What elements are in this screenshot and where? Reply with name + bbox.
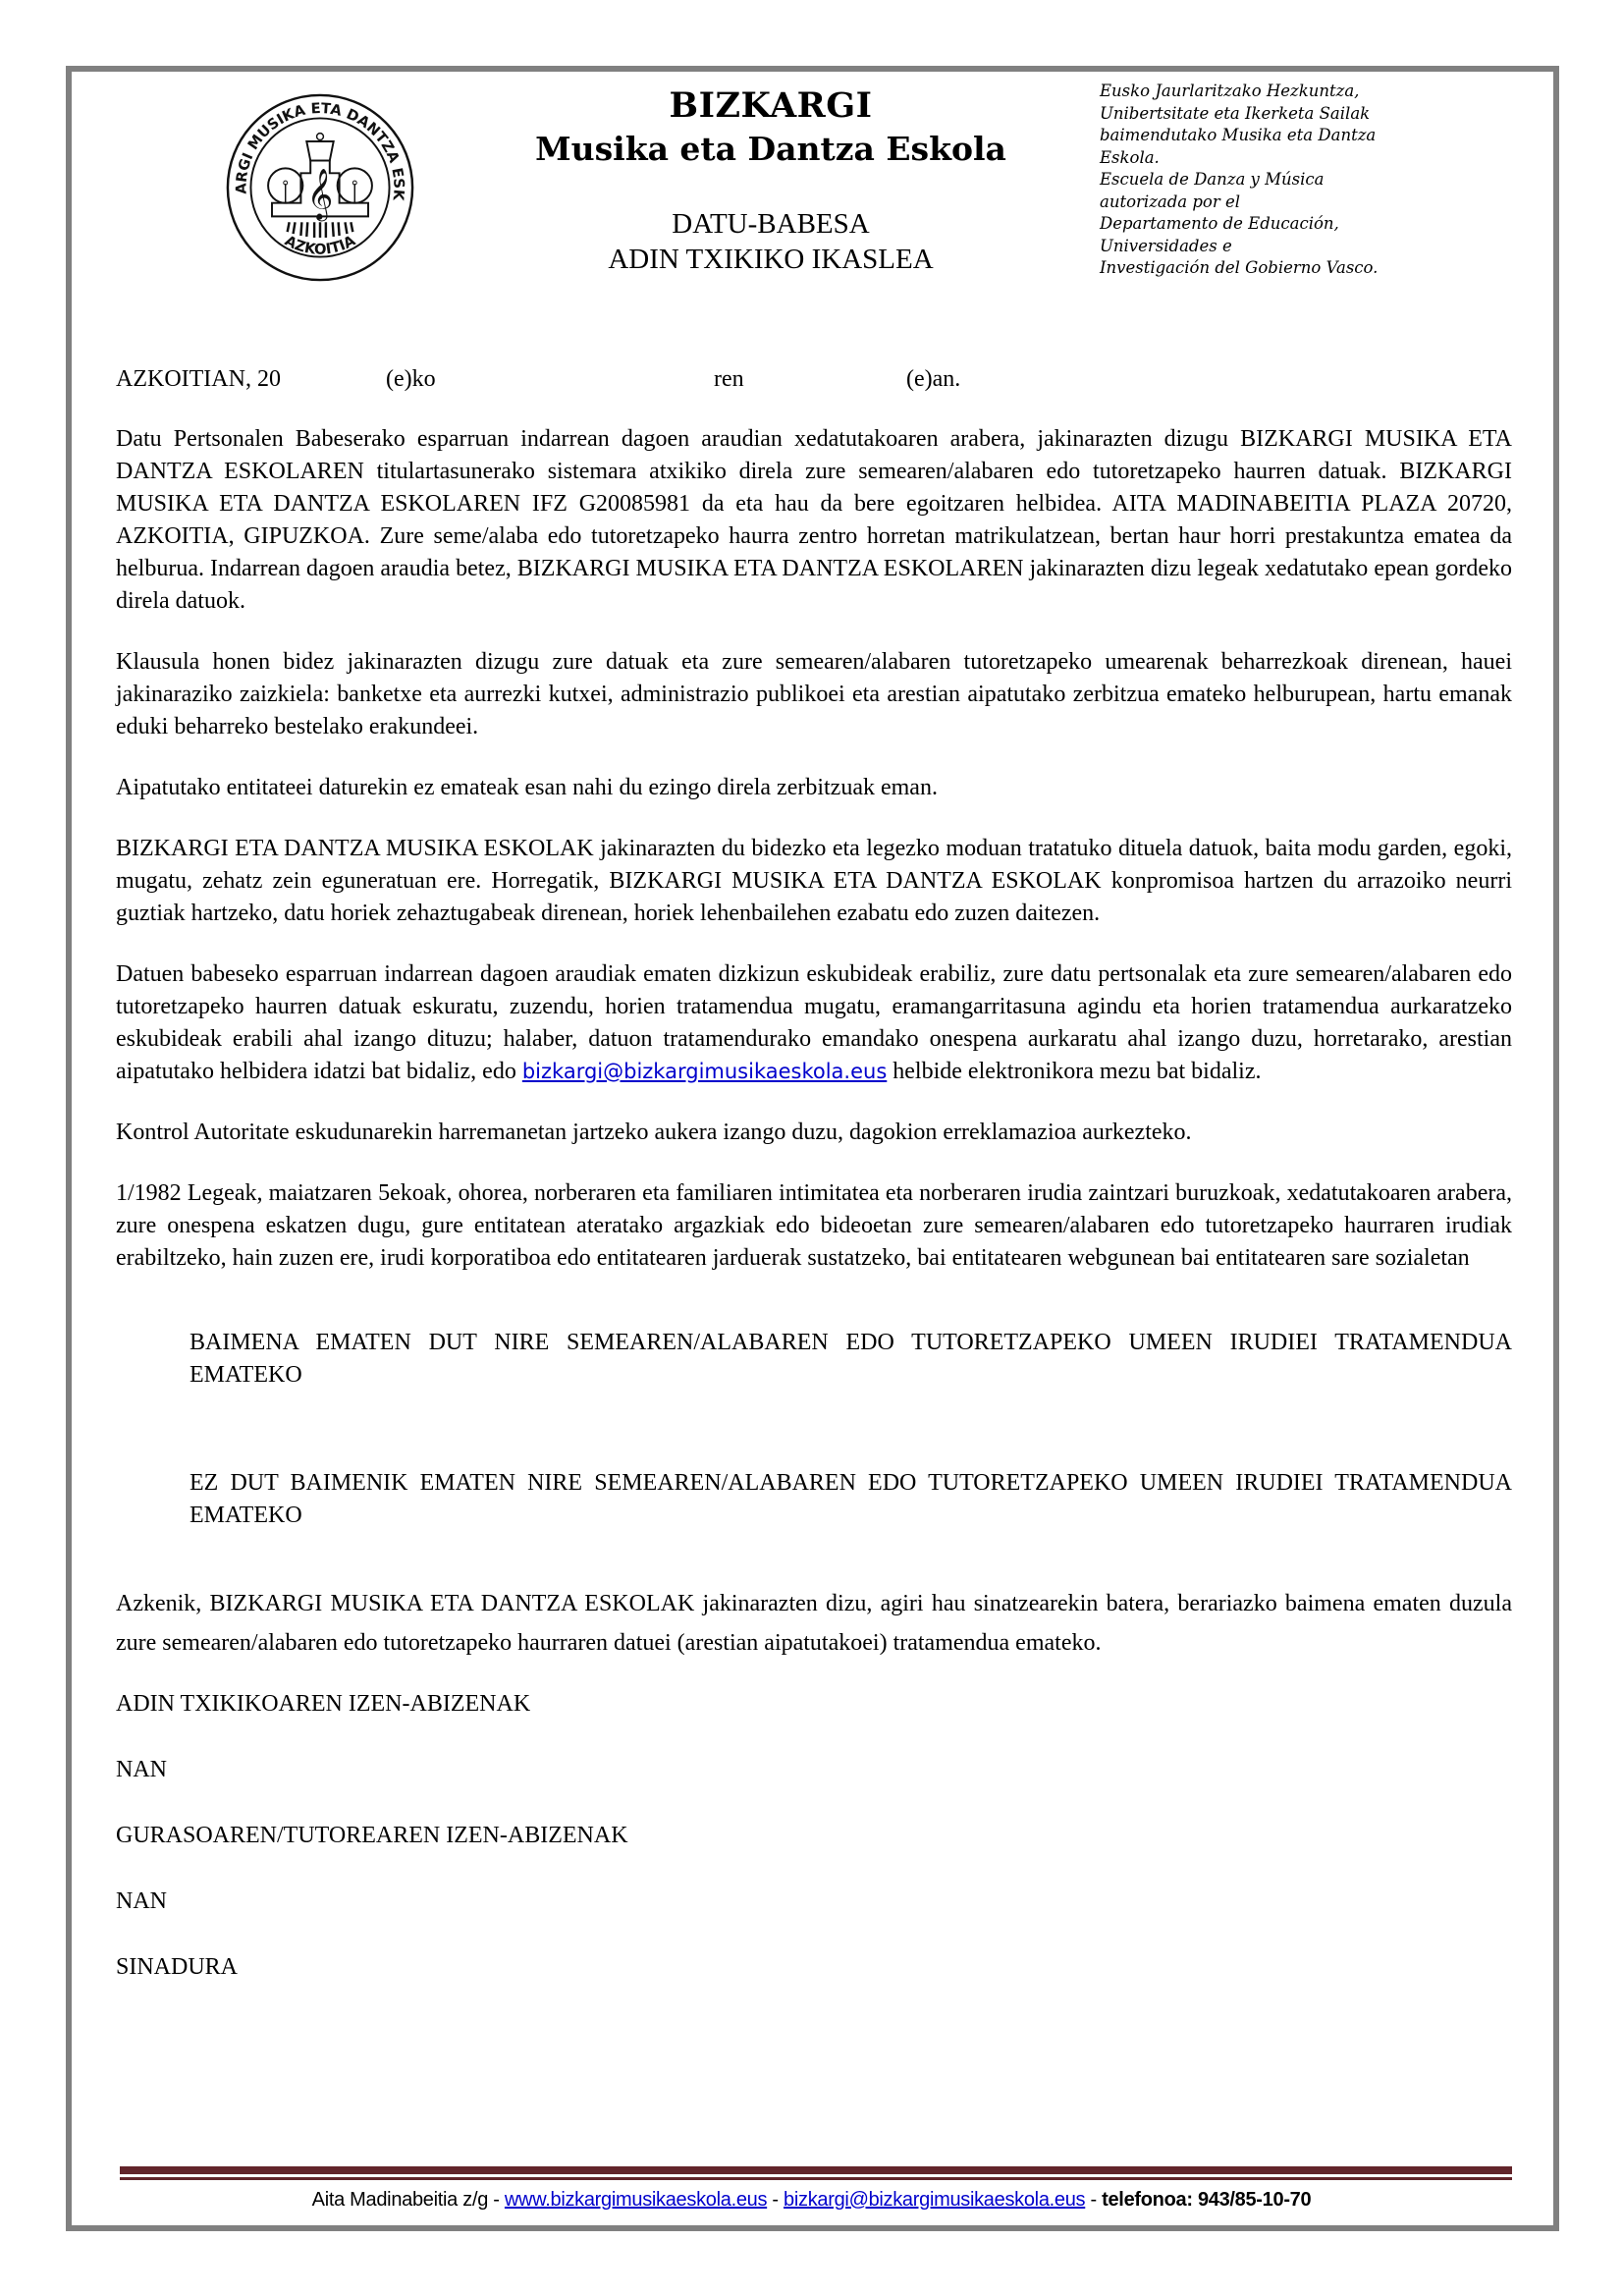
- authorization-line: autorizada por el: [1100, 191, 1453, 214]
- footer-rule-thin: [120, 2177, 1512, 2180]
- footer-phone: telefonoa: 943/85-10-70: [1102, 2189, 1311, 2211]
- field-minor-id[interactable]: NAN: [116, 1754, 1512, 1786]
- field-signature[interactable]: SINADURA: [116, 1951, 1512, 1984]
- field-minor-name[interactable]: ADIN TXIKIKOAREN IZEN-ABIZENAK: [116, 1688, 1512, 1721]
- date-year-suffix: (e)ko: [386, 363, 436, 396]
- paragraph-rights: Datuen babeseko esparruan indarrean dago…: [116, 958, 1512, 1088]
- footer-address: Aita Madinabeitia z/g: [312, 2189, 488, 2211]
- paragraph-disclosure: Klausula honen bidez jakinarazten dizugu…: [116, 646, 1512, 743]
- footer-website-link[interactable]: www.bizkargimusikaeskola.eus: [505, 2189, 767, 2211]
- date-month-suffix: ren: [714, 363, 744, 396]
- paragraph-image-consent: 1/1982 Legeak, maiatzaren 5ekoak, ohorea…: [116, 1177, 1512, 1275]
- consent-option-yes[interactable]: BAIMENA EMATEN DUT NIRE SEMEAREN/ALABARE…: [189, 1327, 1512, 1392]
- header-title-block: BIZKARGI Musika eta Dantza Eskola DATU-B…: [501, 84, 1041, 277]
- paragraph-consequence: Aipatutako entitateei daturekin ez emate…: [116, 772, 1512, 804]
- date-day-suffix: (e)an.: [906, 363, 960, 396]
- authorization-line: Investigación del Gobierno Vasco.: [1100, 257, 1453, 280]
- authorization-line: Escuela de Danza y Música: [1100, 169, 1453, 191]
- authorization-line: Departamento de Educación,: [1100, 213, 1453, 236]
- rights-text-end: helbide elektronikora mezu bat bidaliz.: [887, 1059, 1261, 1084]
- school-subtitle: Musika eta Dantza Eskola: [501, 128, 1041, 171]
- document-title-line-2: ADIN TXIKIKO IKASLEA: [501, 242, 1041, 277]
- footer-separator: -: [767, 2189, 784, 2211]
- svg-text:𝄞: 𝄞: [307, 168, 334, 222]
- field-guardian-name[interactable]: GURASOAREN/TUTOREAREN IZEN-ABIZENAK: [116, 1820, 1512, 1852]
- contact-email-link[interactable]: bizkargi@bizkargimusikaeskola.eus: [522, 1060, 887, 1083]
- paragraph-authority: Kontrol Autoritate eskudunarekin harrema…: [116, 1117, 1512, 1149]
- footer-separator: -: [488, 2189, 505, 2211]
- field-guardian-id[interactable]: NAN: [116, 1886, 1512, 1918]
- school-logo-icon: BIZKARGI MUSIKA ETA DANTZA ESKOLA AZKOIT…: [224, 91, 416, 284]
- document-title-line-1: DATU-BABESA: [501, 206, 1041, 242]
- paragraph-final-consent: Azkenik, BIZKARGI MUSIKA ETA DANTZA ESKO…: [116, 1584, 1512, 1663]
- authorization-line: Universidades e: [1100, 236, 1453, 258]
- paragraph-data-protection: Datu Pertsonalen Babeserako esparruan in…: [116, 423, 1512, 618]
- authorization-line: Unibertsitate eta Ikerketa Sailak: [1100, 103, 1453, 126]
- school-name: BIZKARGI: [501, 84, 1041, 128]
- footer-separator: -: [1085, 2189, 1102, 2211]
- footer-rule-thick: [120, 2166, 1512, 2174]
- footer-email-link[interactable]: bizkargi@bizkargimusikaeskola.eus: [784, 2189, 1085, 2211]
- authorization-line: Eusko Jaurlaritzako Hezkuntza,: [1100, 81, 1453, 103]
- paragraph-data-quality: BIZKARGI ETA DANTZA MUSIKA ESKOLAK jakin…: [116, 833, 1512, 930]
- authorization-line: baimendutako Musika eta Dantza: [1100, 125, 1453, 147]
- document-title: DATU-BABESA ADIN TXIKIKO IKASLEA: [501, 206, 1041, 277]
- consent-option-no[interactable]: EZ DUT BAIMENIK EMATEN NIRE SEMEAREN/ALA…: [189, 1467, 1512, 1532]
- authorization-line: Eskola.: [1100, 147, 1453, 170]
- footer: Aita Madinabeitia z/g - www.bizkargimusi…: [0, 2186, 1623, 2214]
- document-body: AZKOITIAN, 20 (e)ko ren (e)an. Datu Pert…: [116, 363, 1512, 1984]
- date-line: AZKOITIAN, 20 (e)ko ren (e)an.: [116, 363, 1512, 396]
- date-place-year: AZKOITIAN, 20: [116, 363, 281, 396]
- authorization-note: Eusko Jaurlaritzako Hezkuntza, Unibertsi…: [1100, 81, 1453, 280]
